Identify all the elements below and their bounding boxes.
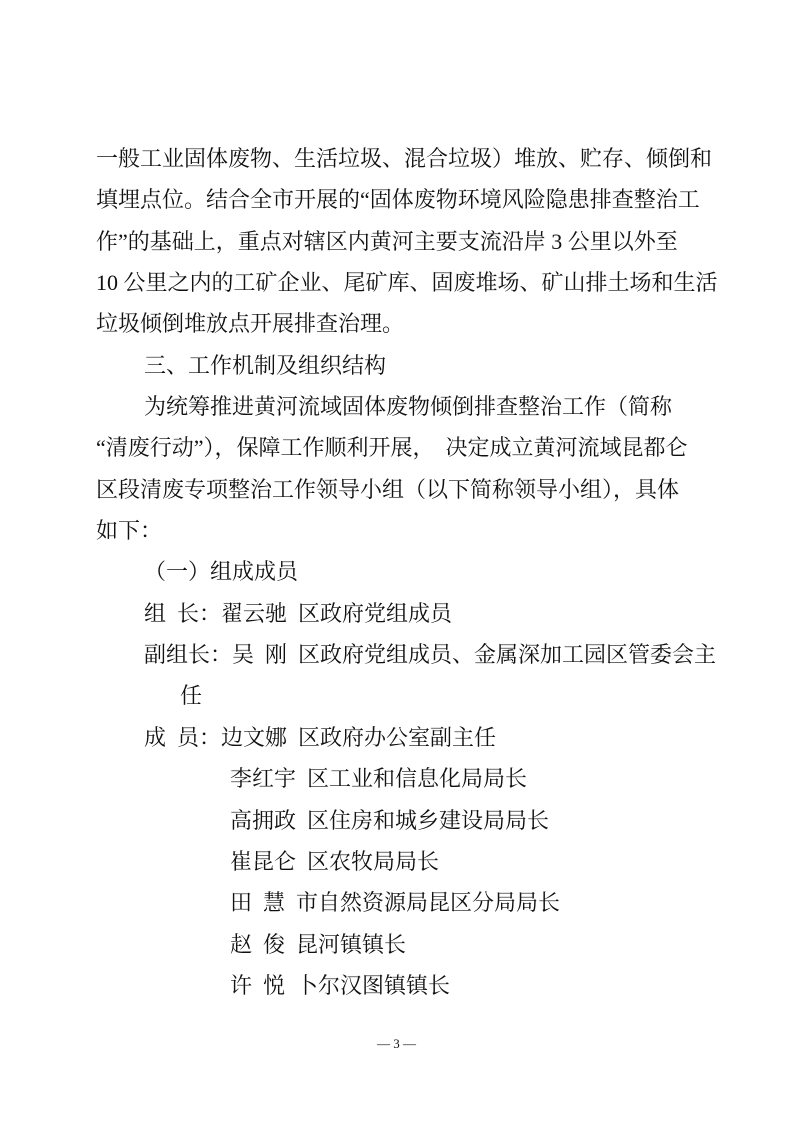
role-leader-line: 组 长：翟云驰 区政府党组成员 — [96, 593, 776, 634]
role-deputy-continuation-line: 任 — [96, 675, 776, 716]
paragraph-line: 区段清废专项整治工作领导小组（以下简称领导小组），具体 — [96, 469, 776, 510]
role-deputy-line: 副组长：吴 刚 区政府党组成员、金属深加工园区管委会主 — [96, 634, 776, 675]
member-line: 田 慧 市自然资源局昆区分局局长 — [96, 882, 776, 923]
paragraph-line: 一般工业固体废物、生活垃圾、混合垃圾）堆放、贮存、倾倒和 — [96, 138, 776, 179]
paragraph-line: 如下： — [96, 510, 776, 551]
role-members-line: 成 员：边文娜 区政府办公室副主任 — [96, 717, 776, 758]
member-line: 高拥政 区住房和城乡建设局局长 — [96, 800, 776, 841]
paragraph-line: 为统筹推进黄河流域固体废物倾倒排查整治工作（简称 — [96, 386, 776, 427]
member-line: 赵 俊 昆河镇镇长 — [96, 924, 776, 965]
member-line: 崔昆仑 区农牧局局长 — [96, 841, 776, 882]
member-line: 李红宇 区工业和信息化局局长 — [96, 758, 776, 799]
paragraph-line: 填埋点位。结合全市开展的“固体废物环境风险隐患排查整治工 — [96, 179, 776, 220]
paragraph-line: 10 公里之内的工矿企业、尾矿库、固废堆场、矿山排土场和生活 — [96, 262, 776, 303]
paragraph-line: “清废行动”），保障工作顺利开展， 决定成立黄河流域昆都仑 — [96, 427, 776, 468]
subsection-heading: （一）组成成员 — [96, 551, 776, 592]
paragraph-line: 作”的基础上，重点对辖区内黄河主要支流沿岸 3 公里以外至 — [96, 221, 776, 262]
member-line: 许 悦 卜尔汉图镇镇长 — [96, 965, 776, 1006]
document-page: 一般工业固体废物、生活垃圾、混合垃圾）堆放、贮存、倾倒和 填埋点位。结合全市开展… — [0, 0, 793, 1122]
section-heading: 三、工作机制及组织结构 — [96, 345, 776, 386]
document-body: 一般工业固体废物、生活垃圾、混合垃圾）堆放、贮存、倾倒和 填埋点位。结合全市开展… — [96, 138, 776, 1006]
page-number: — 3 — — [0, 1034, 793, 1054]
paragraph-line: 垃圾倾倒堆放点开展排查治理。 — [96, 303, 776, 344]
